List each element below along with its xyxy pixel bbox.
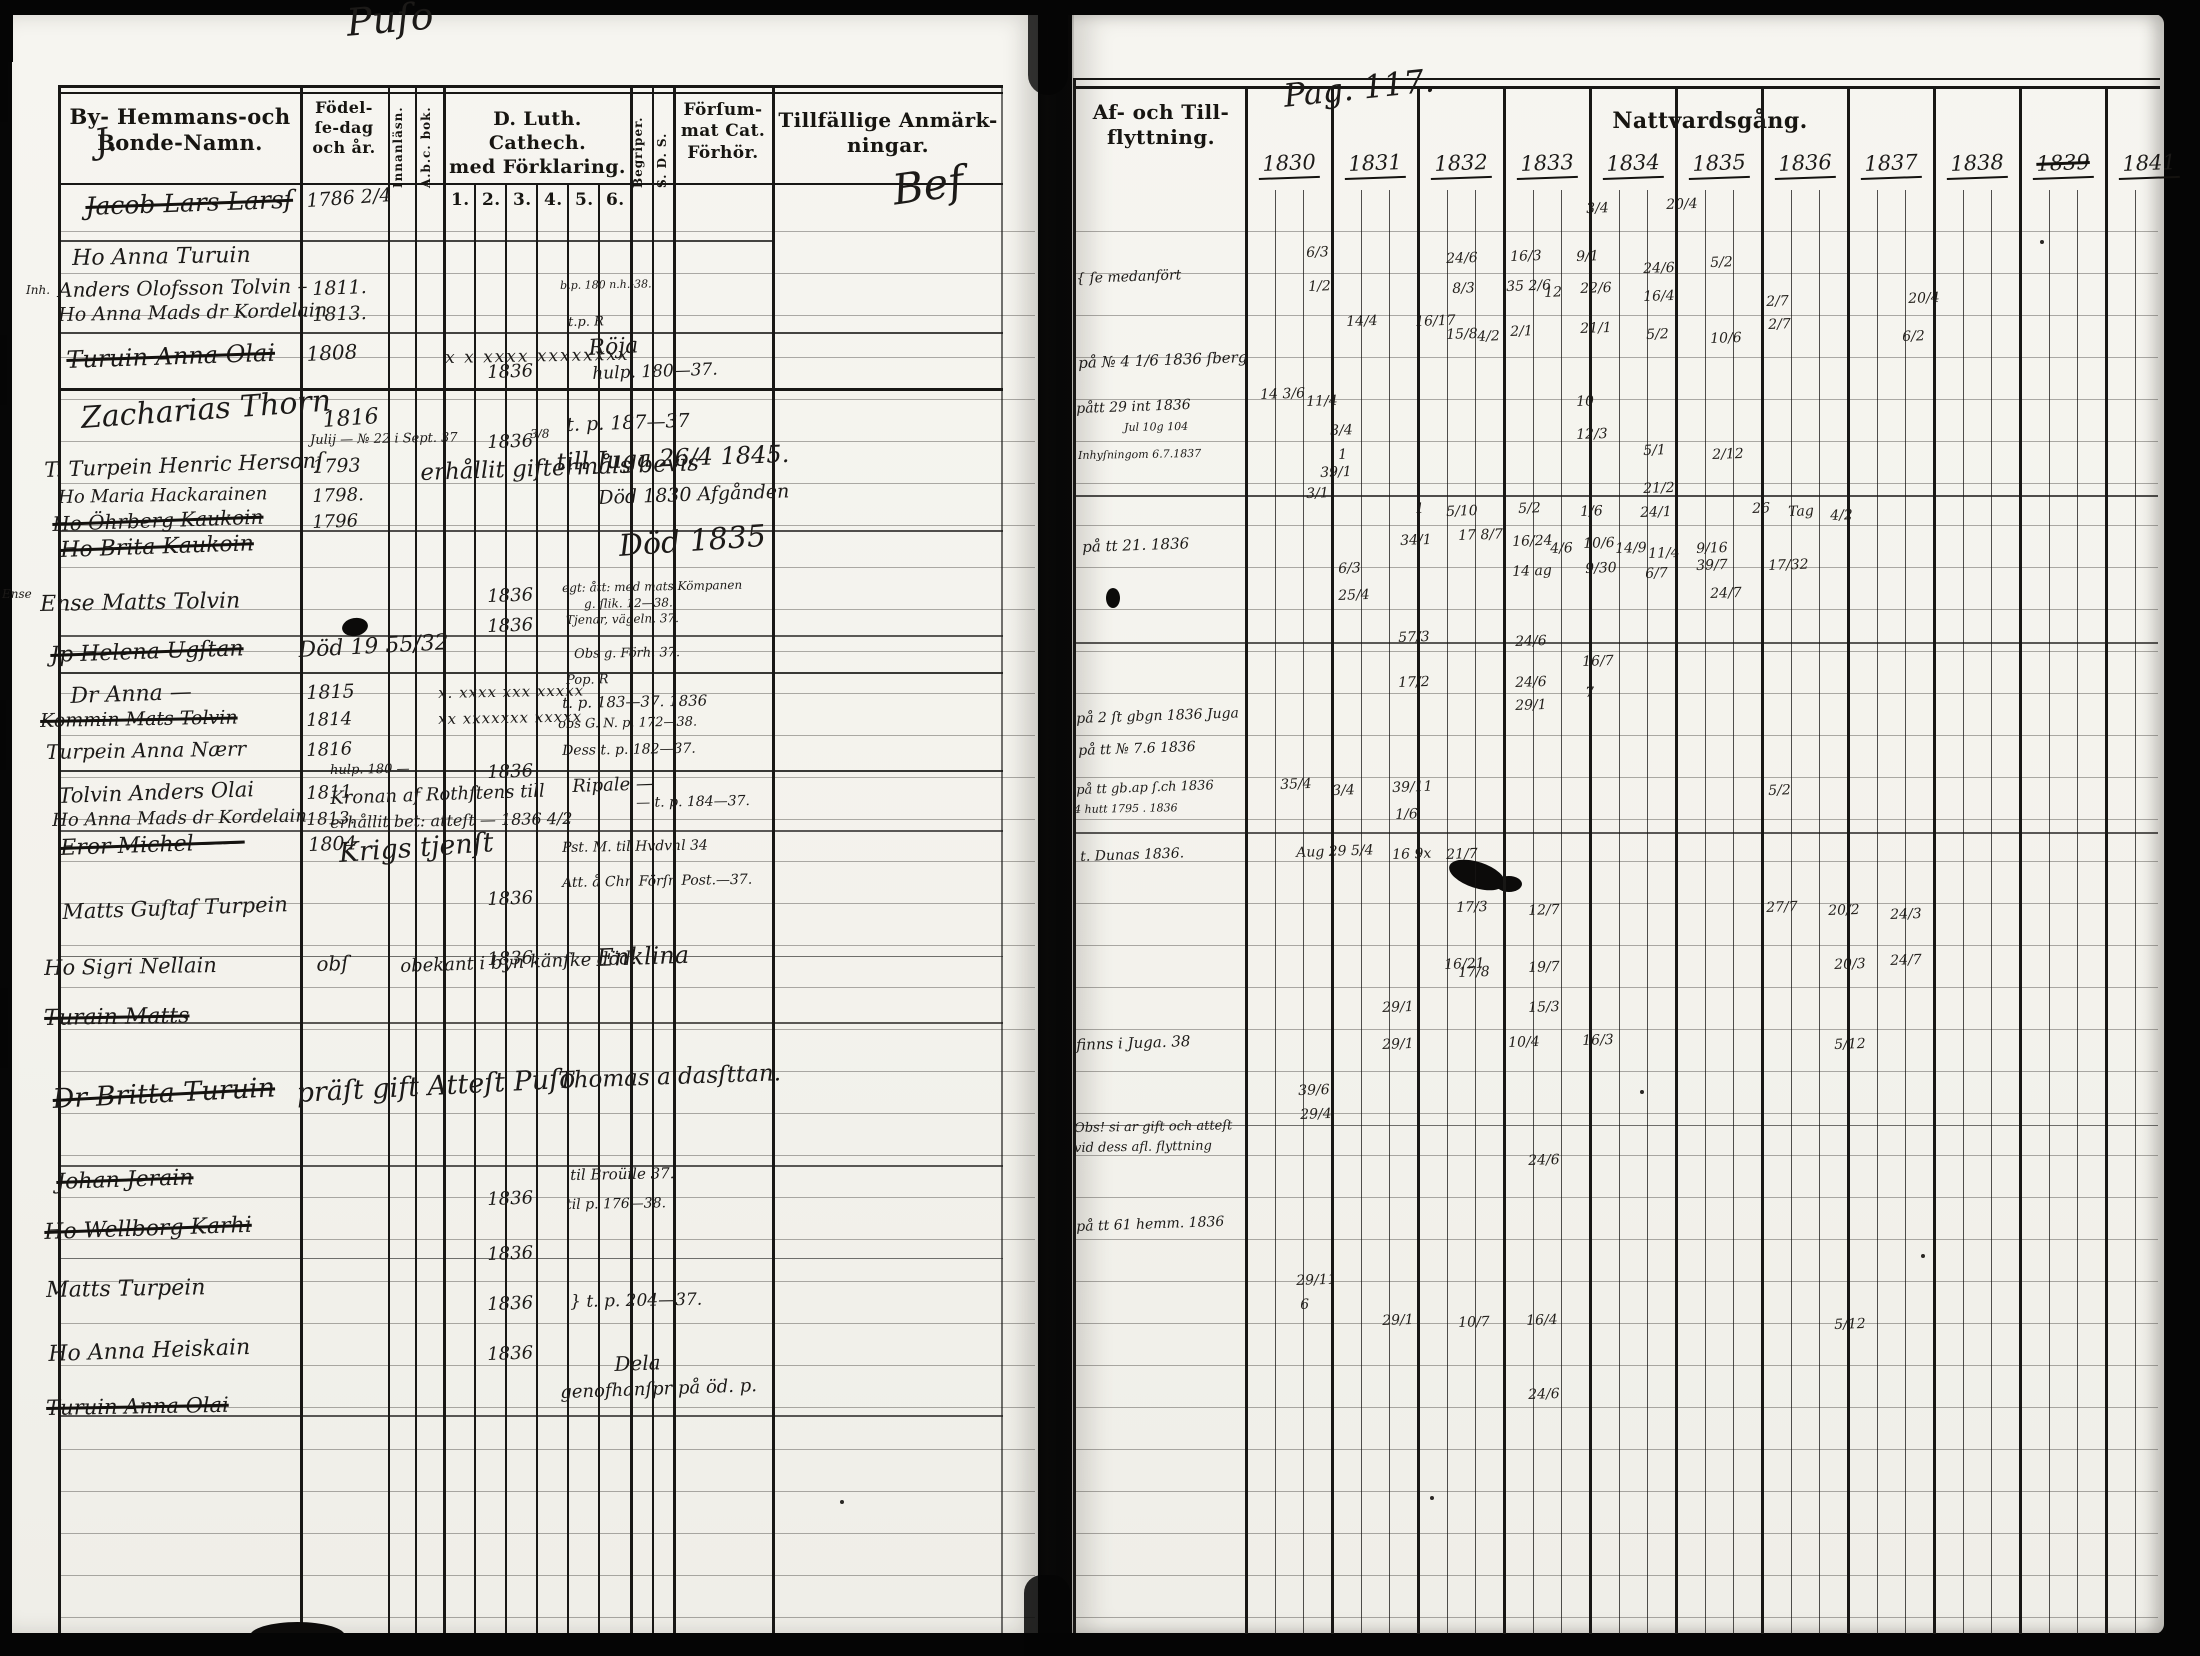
communion-mark: 39/7 [1696, 558, 1728, 573]
migration-entry: Jul 10g 104 [1124, 421, 1188, 433]
handwritten-entry: 1815 [306, 682, 355, 703]
year-subcolumn-line [1303, 190, 1304, 1634]
table-border [1073, 86, 2160, 89]
year-subcolumn-line [1905, 190, 1906, 1634]
handwritten-entry: Röja [588, 335, 639, 360]
handwritten-entry: Ense Matts Tolvin [40, 591, 240, 616]
handwritten-entry: Ho Anna Mads dr Kordelain [52, 808, 307, 830]
year-column-border [1847, 88, 1850, 1634]
handwritten-entry: 1814 [306, 710, 352, 730]
missed-exam-year: 1836 [487, 362, 533, 382]
handwritten-entry: hulp. 180—37. [592, 362, 718, 383]
fly-speck [1921, 1254, 1925, 1258]
year-column-border [1503, 88, 1506, 1634]
handwritten-entry: Dess t. p. 182—37. [562, 742, 696, 758]
communion-mark: 10/6 [1710, 331, 1742, 346]
year-label: 1841 [2118, 152, 2180, 180]
handwritten-entry: Obs g. Förh. 37. [574, 646, 680, 661]
column-header-communion: Nattvardsgång. [1500, 108, 1920, 136]
table-border [474, 185, 476, 1634]
handwritten-entry: b.p. 180 n.h.-38. [560, 278, 652, 291]
handwritten-entry: Turuin Anna Olai [66, 341, 275, 372]
table-border [58, 85, 1003, 88]
communion-mark: 34/1 [1400, 533, 1432, 548]
communion-mark: 57/3 [1398, 630, 1430, 645]
scan-edge-left [0, 0, 13, 62]
gutter-shadow-bottom [1024, 1575, 1070, 1656]
gutter-shadow-top [1028, 0, 1068, 95]
communion-mark: 17/32 [1768, 558, 1809, 573]
communion-mark: 5/2 [1768, 783, 1791, 798]
handwritten-entry: til Broüile 37. [570, 1166, 675, 1183]
communion-mark: 24/1 [1640, 505, 1672, 520]
handwritten-entry: erhållit bet: atteſt — 1836 4/2 [330, 811, 573, 831]
communion-mark: 17/8 [1458, 965, 1490, 980]
row-separator [1073, 1125, 2158, 1126]
scan-edge-left [0, 335, 7, 405]
missed-exam-year: 1836 [487, 1189, 533, 1209]
communion-mark: 17/2 [1398, 675, 1430, 690]
handwritten-entry: Dela [614, 1352, 661, 1374]
missed-exam-year: 1836 [487, 1244, 533, 1264]
communion-mark: 21/1 [1580, 321, 1612, 336]
page-gutter [1036, 0, 1074, 1656]
handwritten-entry: t.p. R [568, 315, 604, 329]
handwritten-entry: Pst. M. til Hvdvhl 34 [562, 838, 708, 855]
ink-blot [1496, 876, 1522, 892]
year-label: 1839 [2032, 152, 2094, 180]
year-label: 1835 [1688, 152, 1750, 180]
missed-exam-year: 1836 [487, 1294, 533, 1314]
year-subcolumn-line [1877, 190, 1878, 1634]
communion-mark: 3/1 [1306, 486, 1329, 501]
missed-exam-year: 1836 [487, 432, 533, 452]
communion-mark: 2/7 [1768, 317, 1791, 332]
table-border [673, 85, 676, 1634]
communion-mark: 17/3 [1456, 900, 1488, 915]
missed-exam-year: 1836 [487, 1344, 533, 1364]
year-label: 1830 [1258, 152, 1320, 180]
communion-mark: 25/4 [1338, 588, 1370, 603]
year-column-border [2105, 88, 2108, 1634]
handwritten-entry: 1793 [312, 456, 361, 477]
communion-mark: 1/2 [1308, 279, 1331, 294]
fly-speck [1640, 1090, 1644, 1094]
missed-exam-year: 1836 [487, 889, 533, 909]
year-label: 1832 [1430, 152, 1492, 180]
migration-entry: Obs! si ar gift och atteſt [1074, 1119, 1232, 1135]
communion-mark: 6/3 [1338, 561, 1361, 576]
handwritten-entry: Ho Sigri Nellain [44, 955, 217, 979]
column-header-reading: Innanläsn. [391, 96, 406, 188]
year-subcolumn-line [2135, 190, 2136, 1634]
table-border [1073, 78, 1076, 1634]
communion-mark: 12 [1544, 285, 1562, 300]
communion-mark: 29/1 [1515, 698, 1547, 713]
communion-mark: 24/6 [1515, 675, 1547, 690]
year-subcolumn-line [1705, 190, 1706, 1634]
missed-exam-year: 1836 [487, 762, 533, 782]
communion-mark: 3/4 [1332, 783, 1355, 798]
migration-entry: pått 29 int 1836 [1076, 398, 1191, 416]
table-border [505, 185, 507, 1634]
handwritten-entry: Ho Anna Turuin [72, 245, 251, 270]
scan-edge-left [0, 62, 8, 122]
row-separator [58, 1165, 1003, 1167]
handwritten-entry: Bef [890, 160, 966, 212]
scan-edge-left [0, 1590, 10, 1636]
handwritten-entry: — t. p. 184—37. [636, 794, 750, 810]
handwritten-entry: Turain Matts [44, 1005, 190, 1030]
communion-mark: 9/1 [1576, 249, 1599, 264]
handwritten-entry: obſ [316, 953, 349, 974]
fly-speck [840, 1500, 844, 1504]
year-subcolumn-line [1963, 190, 1964, 1634]
row-separator [1073, 832, 2158, 834]
migration-entry: 4 hutt 1795 . 1836 [1074, 802, 1178, 815]
communion-mark: 29/1 [1382, 1037, 1414, 1052]
communion-mark: 6 [1300, 1298, 1309, 1312]
handwritten-entry: Anders Olofsson Tolvin – [58, 276, 308, 300]
ink-blot [1106, 588, 1120, 608]
year-column-border [1331, 88, 1334, 1634]
communion-mark: 2/1 [1510, 324, 1533, 339]
row-separator [1073, 642, 2158, 644]
communion-mark: 9/16 [1696, 541, 1728, 556]
migration-entry: vid dess afl. flyttning [1074, 1140, 1212, 1155]
table-border [58, 92, 1003, 94]
handwritten-entry: Pop. R [566, 673, 609, 687]
migration-entry: t. Dunas 1836. [1080, 846, 1184, 864]
right-page-ruled-lines [1073, 190, 2158, 1632]
year-subcolumn-line [1647, 190, 1648, 1634]
communion-mark: 15/8 [1446, 327, 1478, 342]
handwritten-entry: Ense [2, 588, 32, 600]
year-subcolumn-line [1475, 190, 1476, 1634]
communion-mark: 4/2 [1477, 329, 1500, 344]
communion-mark: 39/1 [1320, 465, 1352, 480]
year-column-border [1589, 88, 1592, 1634]
year-subcolumn-line [1389, 190, 1390, 1634]
handwritten-entry: Kommin Mats Tolvin [40, 709, 238, 731]
handwritten-entry: egt: ått: med mats Kömpanen [562, 579, 742, 594]
migration-entry: på tt № 7.6 1836 [1078, 740, 1196, 758]
handwritten-entry: Ho Anna Mads dr Kordelain [58, 301, 327, 325]
communion-mark: 6/7 [1645, 566, 1668, 581]
year-column-border [2019, 88, 2022, 1634]
scanned-parish-register: By- Hemmans-och Bonde-Namn. Födel- ſe-da… [0, 0, 2200, 1656]
communion-mark: 5/2 [1518, 501, 1541, 516]
handwritten-entry: 1816 [306, 740, 352, 760]
table-border [772, 85, 775, 1634]
handwritten-entry: Puſo [345, 0, 435, 42]
year-subcolumn-line [1819, 190, 1820, 1634]
handwritten-entry: 1813. [312, 304, 367, 325]
year-label: 1833 [1516, 152, 1578, 180]
row-separator [58, 1022, 1003, 1024]
catechism-subcol-label: 4. [544, 190, 563, 211]
communion-mark: 14 3/6 [1260, 386, 1305, 402]
communion-mark: 20/4 [1666, 197, 1698, 212]
handwritten-entry: Ripale — [572, 775, 654, 796]
communion-mark: 24/6 [1446, 251, 1478, 266]
communion-mark: 5/2 [1646, 327, 1669, 342]
communion-mark: 10/6 [1583, 536, 1615, 551]
year-label: 1834 [1602, 152, 1664, 180]
handwritten-entry: Johan Jerain [56, 1167, 194, 1194]
year-subcolumn-line [1275, 190, 1276, 1634]
handwritten-entry: 1798. [312, 486, 364, 506]
year-subcolumn-line [1791, 190, 1792, 1634]
handwritten-entry: 1808 [306, 341, 358, 364]
catechism-subcol-label: 1. [451, 190, 470, 211]
year-subcolumn-line [1447, 190, 1448, 1634]
communion-mark: 2/7 [1766, 294, 1789, 309]
table-border [652, 85, 654, 1634]
handwritten-entry: 1816 [322, 406, 379, 432]
year-label: 1838 [1946, 152, 2008, 180]
communion-mark: 17 8/7 [1458, 527, 1503, 543]
communion-mark: 21/7 [1446, 847, 1478, 862]
handwritten-entry: Ho Maria Hackarainen [58, 485, 268, 507]
year-subcolumn-line [1733, 190, 1734, 1634]
table-border [58, 183, 1003, 185]
communion-mark: 29/1 [1382, 1000, 1414, 1015]
year-column-border [1761, 88, 1764, 1634]
communion-mark: 6/3 [1306, 245, 1329, 260]
communion-mark: 1/6 [1395, 807, 1418, 822]
handwritten-entry: Turuin Anna Olai [46, 1395, 229, 1419]
year-subcolumn-line [1361, 190, 1362, 1634]
communion-mark: 16/7 [1582, 654, 1614, 669]
year-subcolumn-line [1561, 190, 1562, 1634]
handwritten-entry: obs G. N. p. 172—38. [558, 716, 697, 731]
handwritten-entry: Julij — № 22 i Sept. 37 [310, 431, 458, 447]
handwritten-entry: hulp. 180 — [330, 763, 410, 777]
column-header-missed-exam: Förſum- mat Cat. Förhör. [676, 100, 770, 164]
communion-mark: 35/4 [1280, 777, 1312, 792]
missed-exam-year: 1836 [487, 586, 533, 606]
communion-mark: 1 [1338, 448, 1347, 462]
handwritten-entry: g. ſlik. 12—38. [584, 596, 673, 610]
communion-mark: 16/3 [1510, 249, 1542, 264]
handwritten-entry: Inh. [26, 284, 50, 296]
communion-mark: 10/4 [1508, 1035, 1540, 1050]
communion-mark: 16/4 [1526, 1313, 1558, 1328]
table-border [567, 185, 569, 1634]
migration-entry: Inhyſningom 6.7.1837 [1078, 448, 1201, 461]
handwritten-entry: Enklina [596, 943, 689, 970]
column-header-migration: Af- och Till- flyttning. [1078, 100, 1244, 150]
year-subcolumn-line [1619, 190, 1620, 1634]
year-column-border [1675, 88, 1678, 1634]
communion-mark: 24/6 [1515, 634, 1547, 649]
handwritten-entry: Att. å Chr. Förſn Post.—37. [562, 873, 752, 890]
communion-mark: 29/1 [1382, 1313, 1414, 1328]
column-header-abc-book: A.b.c. bok. [419, 96, 434, 188]
communion-mark: 8/3 [1452, 281, 1475, 296]
migration-entry: finns i Juga. 38 [1076, 1034, 1191, 1053]
fly-speck [2040, 240, 2044, 244]
migration-entry: { ſe medanfört [1076, 268, 1182, 286]
column-header-catechism: D. Luth. Cathech. med Förklaring. [445, 108, 630, 179]
handwritten-entry: 1796 [312, 512, 358, 532]
column-header-comprehends: Begriper. [631, 96, 646, 188]
handwritten-entry: Tjenar, vägeln. 37. [566, 612, 679, 626]
missed-exam-year: 1836 [487, 949, 533, 969]
catechism-subcol-label: 2. [482, 190, 501, 211]
handwritten-entry: t. p. 183—37. 1836 [562, 693, 707, 711]
year-column-border [1417, 88, 1420, 1634]
communion-mark: 5/10 [1446, 504, 1478, 519]
row-separator [1073, 495, 2158, 497]
column-header-birthdate: Födel- ſe-dag och år. [300, 98, 388, 158]
year-subcolumn-line [1991, 190, 1992, 1634]
handwritten-entry: Matts Turpein [46, 1277, 206, 1302]
table-border [630, 85, 633, 1634]
table-border [1073, 78, 2160, 80]
communion-mark: 29/4 [1300, 1107, 1332, 1122]
catechism-subcol-label: 6. [606, 190, 625, 211]
table-border [1001, 85, 1003, 1634]
year-label: 1831 [1344, 152, 1406, 180]
year-subcolumn-line [2049, 190, 2050, 1634]
communion-mark: 22/6 [1580, 281, 1612, 296]
handwritten-entry: Turpein Anna Nærr [46, 739, 246, 762]
column-header-sds: S. D. S. [655, 96, 670, 188]
year-subcolumn-line [1533, 190, 1534, 1634]
missed-exam-year: 1836 [487, 616, 533, 636]
communion-mark: 16 9x [1392, 847, 1432, 862]
communion-mark: 2/12 [1712, 447, 1744, 462]
scan-edge-left [0, 988, 8, 1068]
communion-mark: 24/7 [1710, 586, 1742, 601]
scan-edge-left [0, 700, 6, 770]
communion-mark: 27/7 [1766, 900, 1798, 915]
year-label: 1836 [1774, 152, 1836, 180]
communion-mark: 5/2 [1710, 255, 1733, 270]
row-separator [58, 240, 774, 242]
scan-edge-right [2166, 0, 2200, 1656]
table-border [536, 185, 538, 1634]
handwritten-entry: til p. 176—38. [566, 1196, 666, 1212]
handwritten-entry: Jacob Lars Larsſ [85, 187, 293, 219]
year-column-border [1245, 88, 1248, 1634]
handwritten-entry: } t. p. 204—37. [570, 1292, 702, 1311]
row-separator [58, 332, 1003, 334]
catechism-subcol-label: 3. [513, 190, 532, 211]
fly-speck [1430, 1496, 1434, 1500]
scan-edge-top [0, 0, 2200, 15]
handwritten-entry: 1811. [312, 278, 367, 299]
handwritten-entry: Dr Anna — [70, 682, 192, 708]
year-column-border [1933, 88, 1936, 1634]
year-label: 1837 [1860, 152, 1922, 180]
communion-mark: 39/11 [1392, 780, 1433, 795]
row-separator [58, 388, 1003, 391]
scan-edge-bottom [0, 1633, 2200, 1656]
table-border [598, 185, 600, 1634]
communion-mark: 20/2 [1828, 903, 1860, 918]
row-separator [58, 672, 1003, 674]
column-header-remarks: Tillfällige Anmärk- ningar. [775, 108, 1001, 158]
communion-mark: 16/3 [1582, 1033, 1614, 1048]
handwritten-entry: t. p. 187—37 [566, 412, 690, 435]
catechism-subcol-label: 5. [575, 190, 594, 211]
year-subcolumn-line [2077, 190, 2078, 1634]
migration-entry: på tt 21. 1836 [1082, 536, 1189, 555]
communion-mark: 10/7 [1458, 1315, 1490, 1330]
